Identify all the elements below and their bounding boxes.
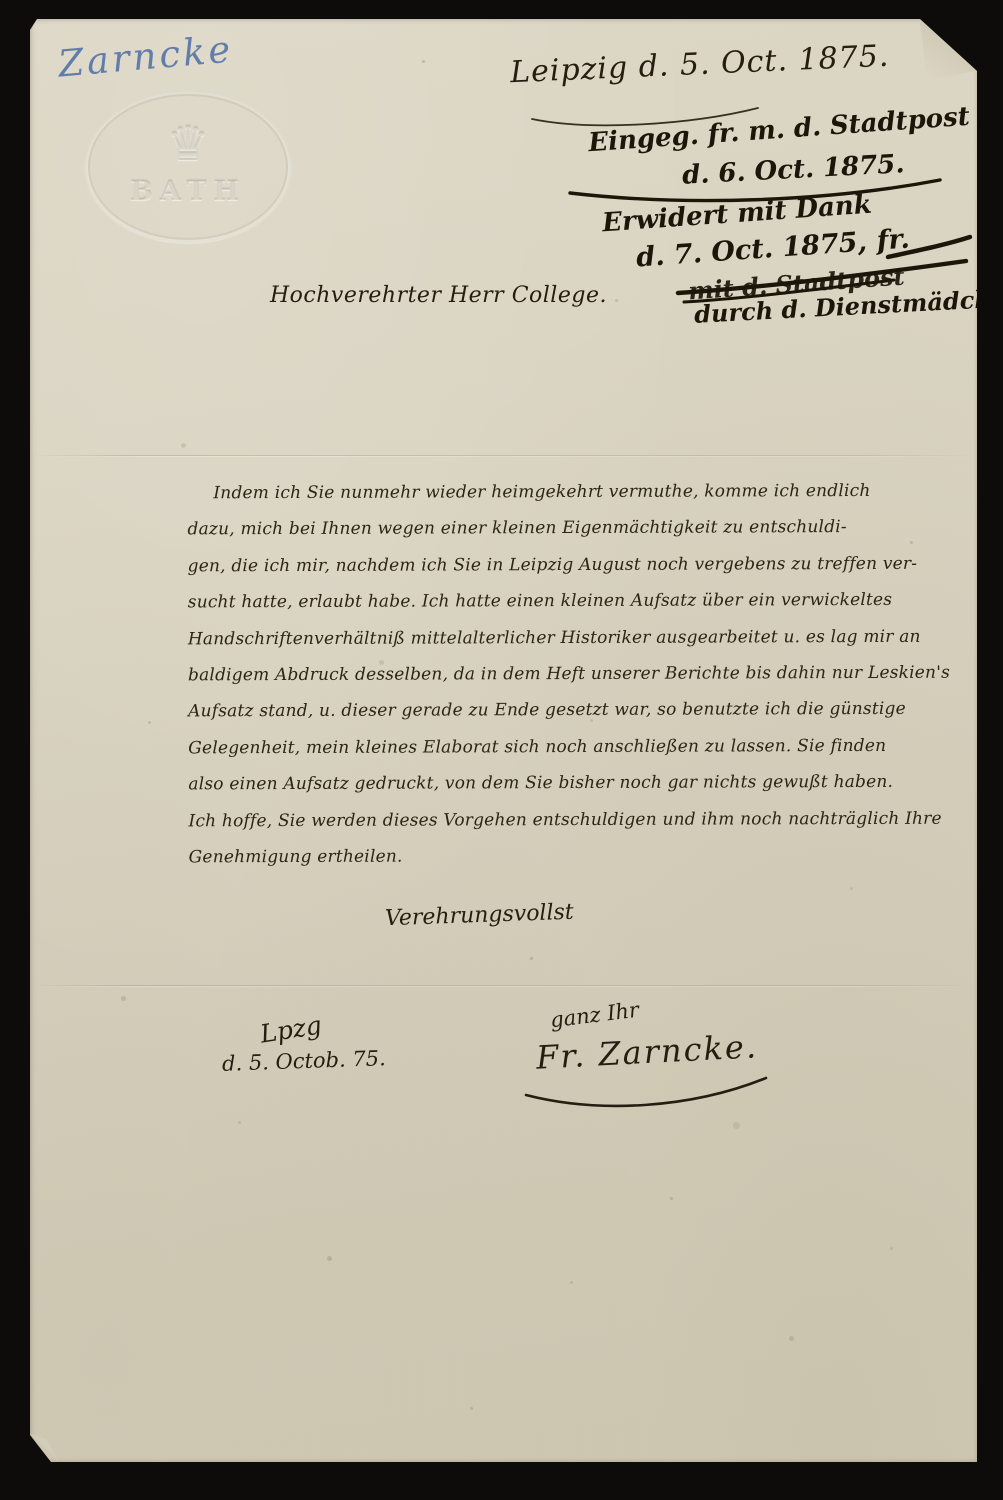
foxing-spots <box>30 19 33 22</box>
crown-icon: ♛ <box>166 120 209 168</box>
body-line: Gelegenheit, mein kleines Elaborat sich … <box>188 727 958 766</box>
body-line: baldigem Abdruck desselben, da in dem He… <box>188 655 958 694</box>
corner-fold-top-right <box>919 19 977 81</box>
body-line: Indem ich Sie nunmehr wieder heimgekehrt… <box>187 473 957 512</box>
closing-formula: Verehrungsvollst <box>385 900 574 932</box>
letter-body: Indem ich Sie nunmehr wieder heimgekehrt… <box>187 473 958 876</box>
body-line: sucht hatte, erlaubt habe. Ich hatte ein… <box>188 582 958 621</box>
struck-word: fr. <box>876 223 911 256</box>
date-abbreviated: d. 5. Octob. 75. <box>222 1046 387 1076</box>
received-note-line1: Eingeg. fr. m. d. Stadtpost <box>587 102 970 159</box>
archivist-annotation: Zarncke <box>56 27 234 85</box>
embossed-stamp: ♛ BATH <box>85 91 291 243</box>
letter-paper: Zarncke ♛ BATH Leipzig d. 5. Oct. 1875. … <box>30 19 977 1462</box>
body-line: Handschriftenverhältniß mittelalterliche… <box>188 618 958 657</box>
stamp-text: BATH <box>130 176 246 207</box>
salutation: Hochverehrter Herr College. <box>270 283 607 308</box>
fold-crease-upper <box>30 455 977 458</box>
corner-fold-bottom-left <box>30 1430 60 1462</box>
body-line: Aufsatz stand, u. dieser gerade zu Ende … <box>188 691 958 730</box>
body-line: dazu, mich bei Ihnen wegen einer kleinen… <box>187 509 957 548</box>
fold-crease-lower <box>30 985 977 988</box>
body-line: gen, die ich mir, nachdem ich Sie in Lei… <box>188 545 958 584</box>
body-line: Ich hoffe, Sie werden dieses Vorgehen en… <box>188 800 958 839</box>
place-abbreviation: Lpzg <box>258 1010 324 1048</box>
body-line: also einen Aufsatz gedruckt, von dem Sie… <box>188 764 958 803</box>
dateline: Leipzig d. 5. Oct. 1875. <box>509 39 890 91</box>
body-line: Genehmigung ertheilen. <box>189 837 959 876</box>
signature-name: Fr. Zarncke. <box>535 1027 759 1077</box>
received-note-line2: d. 6. Oct. 1875. <box>681 149 905 191</box>
signature-prefix: ganz Ihr <box>549 998 640 1033</box>
